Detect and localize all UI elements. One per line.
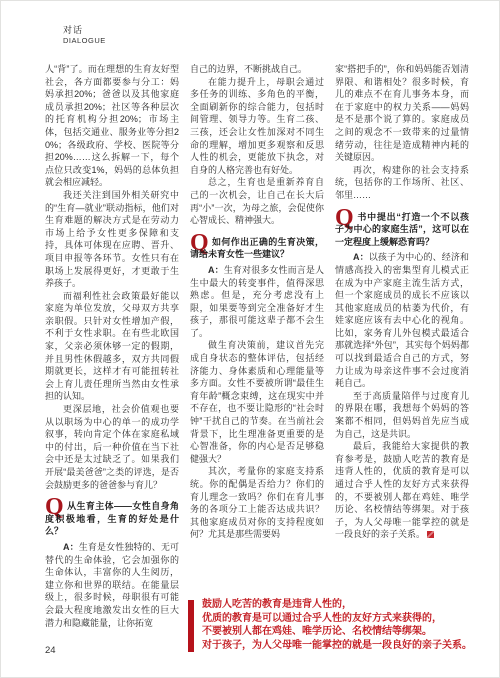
body-paragraph: 自己的边界，不断挑战自己。: [190, 63, 324, 76]
pull-quote-text: 鼓励人吃苦的教育是违背人性的， 优质的教育是可以通过合乎人性的友好方式来获得的，…: [202, 598, 472, 652]
question-block: Q书中提出“打造一个不以孩子为中心的家庭生活”，这可以在一定程度上缓解恐育吗？: [335, 211, 469, 249]
magazine-page: { "header": { "title_cn": "对话", "title_e…: [0, 0, 500, 678]
answer-label: A：: [208, 265, 224, 275]
text-column-3: 家“搭把手的”，你和妈妈能否划清界限、和谐相处？很多时候，育儿的难点不在育儿事务…: [335, 63, 469, 541]
body-paragraph: 最后，我能给大家提供的教育参考是，鼓励人吃苦的教育是违背人性的，优质的教育是可以…: [335, 440, 469, 541]
pull-quote-accent-bar: [188, 600, 194, 652]
article-columns: 人“背”了。而在理想的生育友好型社会，各方面都要参与分工：妈妈承担20%；爸爸以…: [45, 63, 469, 629]
pull-quote-line: 不要被别人都在鸡娃、唯学历论、名校情结等绑架。: [202, 625, 472, 639]
pull-quote-line: 鼓励人吃苦的教育是违背人性的，: [202, 598, 472, 612]
body-paragraph: 而福利性社会政策最好能以家庭为单位发放，父母双方共享亲职假。只针对女性增加产假，…: [45, 290, 179, 403]
pull-quote-line: 优质的教育是可以通过合乎人性的友好方式来获得的，: [202, 612, 472, 626]
body-paragraph: 其次，考量你的家庭支持系统。你的配偶是否给力？你们的育儿理念一致吗？你们在育儿事…: [190, 465, 324, 541]
answer-paragraph: A：生育是女性独特的、无可替代的生命体验，它会加强你的生命体认，丰富你的人生阅历…: [45, 541, 179, 629]
pull-quote-line: 对于孩子，为人父母唯一能掌控的就是一段良好的亲子关系。: [202, 639, 472, 653]
body-paragraph: 在能力提升上，母职会通过多任务的训练、多角色的平衡，全面刷新你的综合能力，包括时…: [190, 76, 324, 177]
section-title-chinese: 对话: [63, 25, 106, 36]
question-text: 如何作出正确的生育决策，请给未育女性一些建议？: [190, 237, 324, 260]
body-paragraph: 更深层地，社会价值观也要从以职场为中心的单一的成功学叙事，转向肯定个体在家庭私域…: [45, 403, 179, 491]
pull-quote: 鼓励人吃苦的教育是违背人性的， 优质的教育是可以通过合乎人性的友好方式来获得的，…: [188, 598, 472, 652]
answer-paragraph: A：生育对很多女性而言是人生中最大的转变事件，值得深思熟虑。但是，充分考虑没有上…: [190, 264, 324, 340]
question-text: 从生育主体——女性自身角度积极地看，生育的好处是什么？: [45, 501, 179, 536]
body-paragraph: 做生育决策前，建议首先完成自身状态的整体评估，包括经济能力、身体素质和心理能量等…: [190, 339, 324, 465]
section-header: 对话 DIALOGUE: [63, 25, 106, 46]
article-end-seal-icon: [427, 531, 434, 538]
text-column-2: 自己的边界，不断挑战自己。在能力提升上，母职会通过多任务的训练、多角色的平衡，全…: [190, 63, 324, 541]
body-paragraph: 至于高质量陪伴与过度育儿的界限在哪，我想每个妈妈的答案都不相同，但妈妈首先应当成…: [335, 390, 469, 440]
body-paragraph: 我还关注到国外相关研究中的“生育—就业”联动指标，他们对生育难题的解决方式是在劳…: [45, 189, 179, 290]
body-paragraph: 人“背”了。而在理想的生育友好型社会，各方面都要参与分工：妈妈承担20%；爸爸以…: [45, 63, 179, 189]
answer-label: A：: [353, 252, 369, 262]
body-paragraph: 总之，生育也是重新养育自己的一次机会，让自己在长大后再“小”一次，为母之旅，会促…: [190, 176, 324, 226]
question-text: 书中提出“打造一个不以孩子为中心的家庭生活”，这可以在一定程度上缓解恐育吗？: [335, 212, 469, 247]
answer-label: A：: [63, 542, 79, 552]
answer-paragraph: A：以孩子为中心的、经济和情感高投入的密集型育儿模式正在成为中产家庭主流生活方式…: [335, 251, 469, 390]
question-block: Q如何作出正确的生育决策，请给未育女性一些建议？: [190, 236, 324, 261]
body-paragraph: 再次，构建你的社会支持系统，包括你的工作场所、社区、邻里……: [335, 164, 469, 202]
section-title-english: DIALOGUE: [63, 36, 106, 45]
question-block: Q从生育主体——女性自身角度积极地看，生育的好处是什么？: [45, 500, 179, 538]
text-column-1: 人“背”了。而在理想的生育友好型社会，各方面都要参与分工：妈妈承担20%；爸爸以…: [45, 63, 179, 629]
body-paragraph: 家“搭把手的”，你和妈妈能否划清界限、和谐相处？很多时候，育儿的难点不在育儿事务…: [335, 63, 469, 164]
page-number: 24: [45, 645, 56, 656]
